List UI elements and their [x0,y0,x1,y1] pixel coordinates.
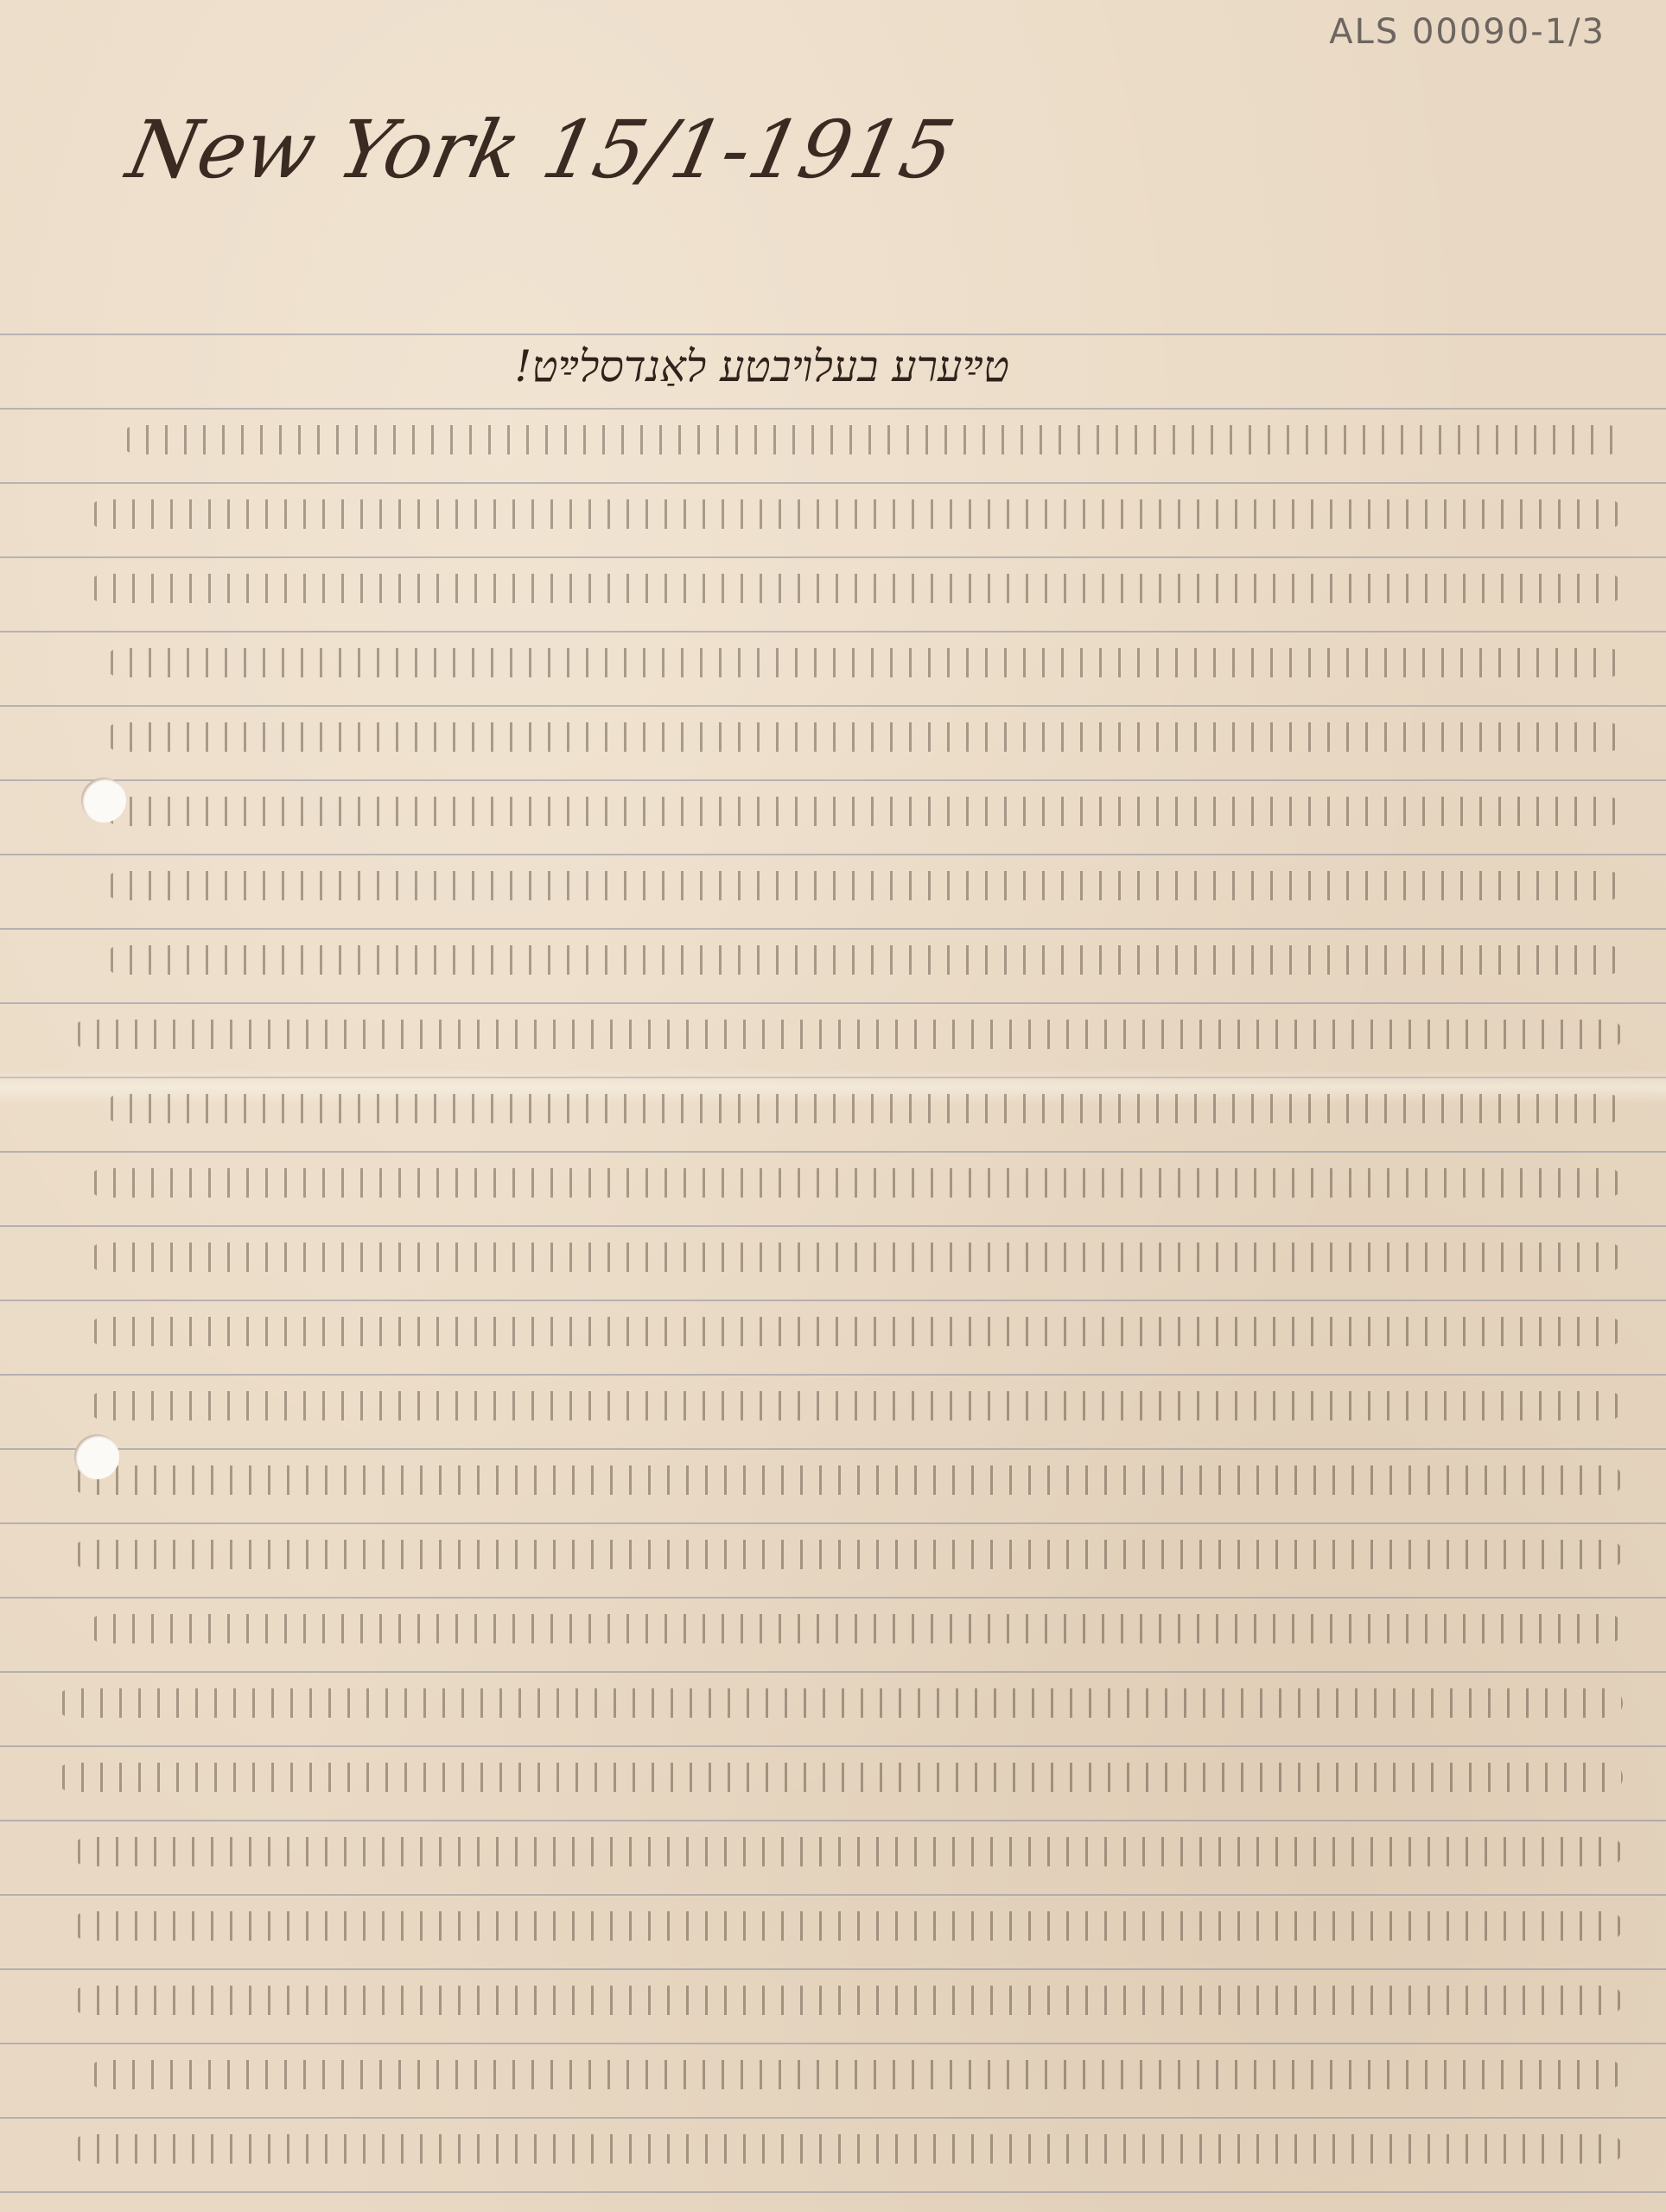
handwritten-line: [handwritten line 10] [17,1075,1649,1149]
handwritten-line: [handwritten line 21] [17,1892,1649,1967]
punch-hole [81,778,126,823]
line-text: [handwritten line 18] [1250,1685,1623,1725]
punch-hole [74,1434,119,1479]
handwritten-line: [handwritten line 1] [17,406,1649,480]
handwritten-line: [handwritten line 9] [17,1001,1649,1075]
line-text: [handwritten line 4] [1272,645,1623,684]
line-text: [handwritten line 10] [1250,1090,1623,1130]
handwritten-line: [handwritten line 13] [17,1298,1649,1372]
line-text: [handwritten line 13] [1250,1313,1623,1353]
handwritten-line: [handwritten line 15] [17,1446,1649,1521]
line-text: [handwritten line 24] [1250,2131,1623,2171]
salutation: טײַערע בעלױבטע לאַנדסלײַט! [514,341,1009,391]
dateline: New York 15/1-1915 [120,104,963,196]
handwritten-line: [handwritten line 12] [17,1224,1649,1298]
line-text: [handwritten line 6] [1272,793,1623,833]
handwritten-line: [handwritten line 22] [17,1967,1649,2041]
line-text: [handwritten line 19] [1250,1759,1623,1799]
line-text: [handwritten line 17] [1250,1611,1623,1650]
line-text: [handwritten line 15] [1250,1462,1623,1502]
line-text: [handwritten line 1] [1272,422,1623,461]
handwritten-line: [handwritten line 4] [17,629,1649,703]
handwritten-line: [handwritten line 5] [17,703,1649,778]
handwritten-line: [handwritten line 20] [17,1818,1649,1892]
handwritten-line: [handwritten line 6] [17,778,1649,852]
line-text: [handwritten line 16] [1250,1536,1623,1576]
line-text: [handwritten line 23] [1250,2056,1623,2096]
line-text: [handwritten line 8] [1272,942,1623,982]
line-text: [handwritten line 3] [1272,570,1623,610]
line-text: [handwritten line 22] [1250,1982,1623,2022]
line-text: [handwritten line 11] [1250,1165,1623,1205]
handwritten-line: [handwritten line 8] [17,926,1649,1001]
handwritten-line: [handwritten line 14] [17,1372,1649,1446]
handwritten-line: [handwritten line 7] [17,852,1649,926]
line-text: [handwritten line 9] [1272,1016,1623,1056]
handwritten-line: [handwritten line 2] [17,480,1649,555]
line-text: [handwritten line 5] [1272,719,1623,759]
line-text: [handwritten line 12] [1250,1239,1623,1279]
line-text: [handwritten line 20] [1250,1834,1623,1873]
letter-body: [handwritten line 1][handwritten line 2]… [17,406,1649,2190]
line-text: [handwritten line 14] [1250,1388,1623,1427]
handwritten-line: [handwritten line 24] [17,2115,1649,2190]
handwritten-line: [handwritten line 17] [17,1595,1649,1669]
handwritten-line: [handwritten line 23] [17,2041,1649,2115]
handwritten-line: [handwritten line 19] [17,1744,1649,1818]
line-text: [handwritten line 7] [1272,868,1623,907]
letter-page: ALS 00090-1/3 New York 15/1-1915 טײַערע … [0,0,1666,2212]
handwritten-line: [handwritten line 18] [17,1669,1649,1744]
handwritten-line: [handwritten line 3] [17,555,1649,629]
archive-id: ALS 00090-1/3 [1329,12,1606,52]
line-text: [handwritten line 2] [1272,496,1623,536]
handwritten-line: [handwritten line 11] [17,1149,1649,1224]
line-text: [handwritten line 21] [1250,1908,1623,1948]
handwritten-line: [handwritten line 16] [17,1521,1649,1595]
